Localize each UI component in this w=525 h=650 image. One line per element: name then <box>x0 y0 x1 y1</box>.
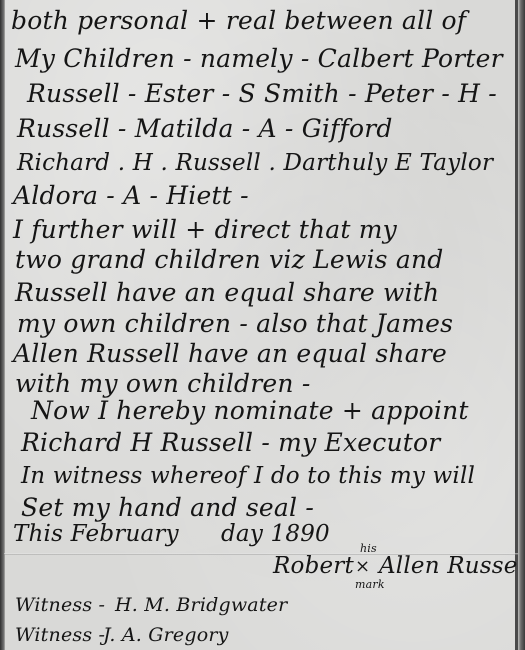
signature-mark-x: × <box>355 556 370 577</box>
paper-fold-line <box>4 553 518 555</box>
signature-first-name: Robert <box>273 553 354 579</box>
body-line-3: Russell - Ester - S Smith - Peter - H - <box>27 79 497 108</box>
date-prefix: This February <box>13 521 179 547</box>
signature-mark-label: mark <box>355 578 385 591</box>
body-line-12: with my own children - <box>15 369 311 398</box>
body-line-14: Richard H Russell - my Executor <box>21 428 440 457</box>
body-line-7: I further will + direct that my <box>13 215 397 244</box>
body-line-5: Richard . H . Russell . Darthuly E Taylo… <box>17 150 493 176</box>
body-line-11: Allen Russell have an equal share <box>13 339 447 368</box>
body-line-13: Now I hereby nominate + appoint <box>31 396 469 425</box>
body-line-8: two grand children viz Lewis and <box>15 245 443 274</box>
body-line-9: Russell have an equal share with <box>15 278 439 307</box>
body-line-10: my own children - also that James <box>17 309 453 338</box>
body-line-2: My Children - namely - Calbert Porter <box>15 44 503 73</box>
witness-2-label: Witness - <box>15 624 105 646</box>
body-line-15: In witness whereof I do to this my will <box>21 463 475 489</box>
body-line-4: Russell - Matilda - A - Gifford <box>17 114 393 143</box>
date-suffix: day 1890 <box>221 521 330 547</box>
body-line-1: both personal + real between all of <box>11 6 466 35</box>
body-line-16: Set my hand and seal - <box>21 493 314 522</box>
scan-right-edge <box>518 0 525 650</box>
witness-2-name: J. A. Gregory <box>103 624 229 646</box>
signature-rest: Allen Russell <box>379 553 525 579</box>
witness-1-name: H. M. Bridgwater <box>115 594 287 616</box>
witness-1-label: Witness - <box>15 594 105 616</box>
body-line-6: Aldora - A - Hiett - <box>13 181 249 210</box>
